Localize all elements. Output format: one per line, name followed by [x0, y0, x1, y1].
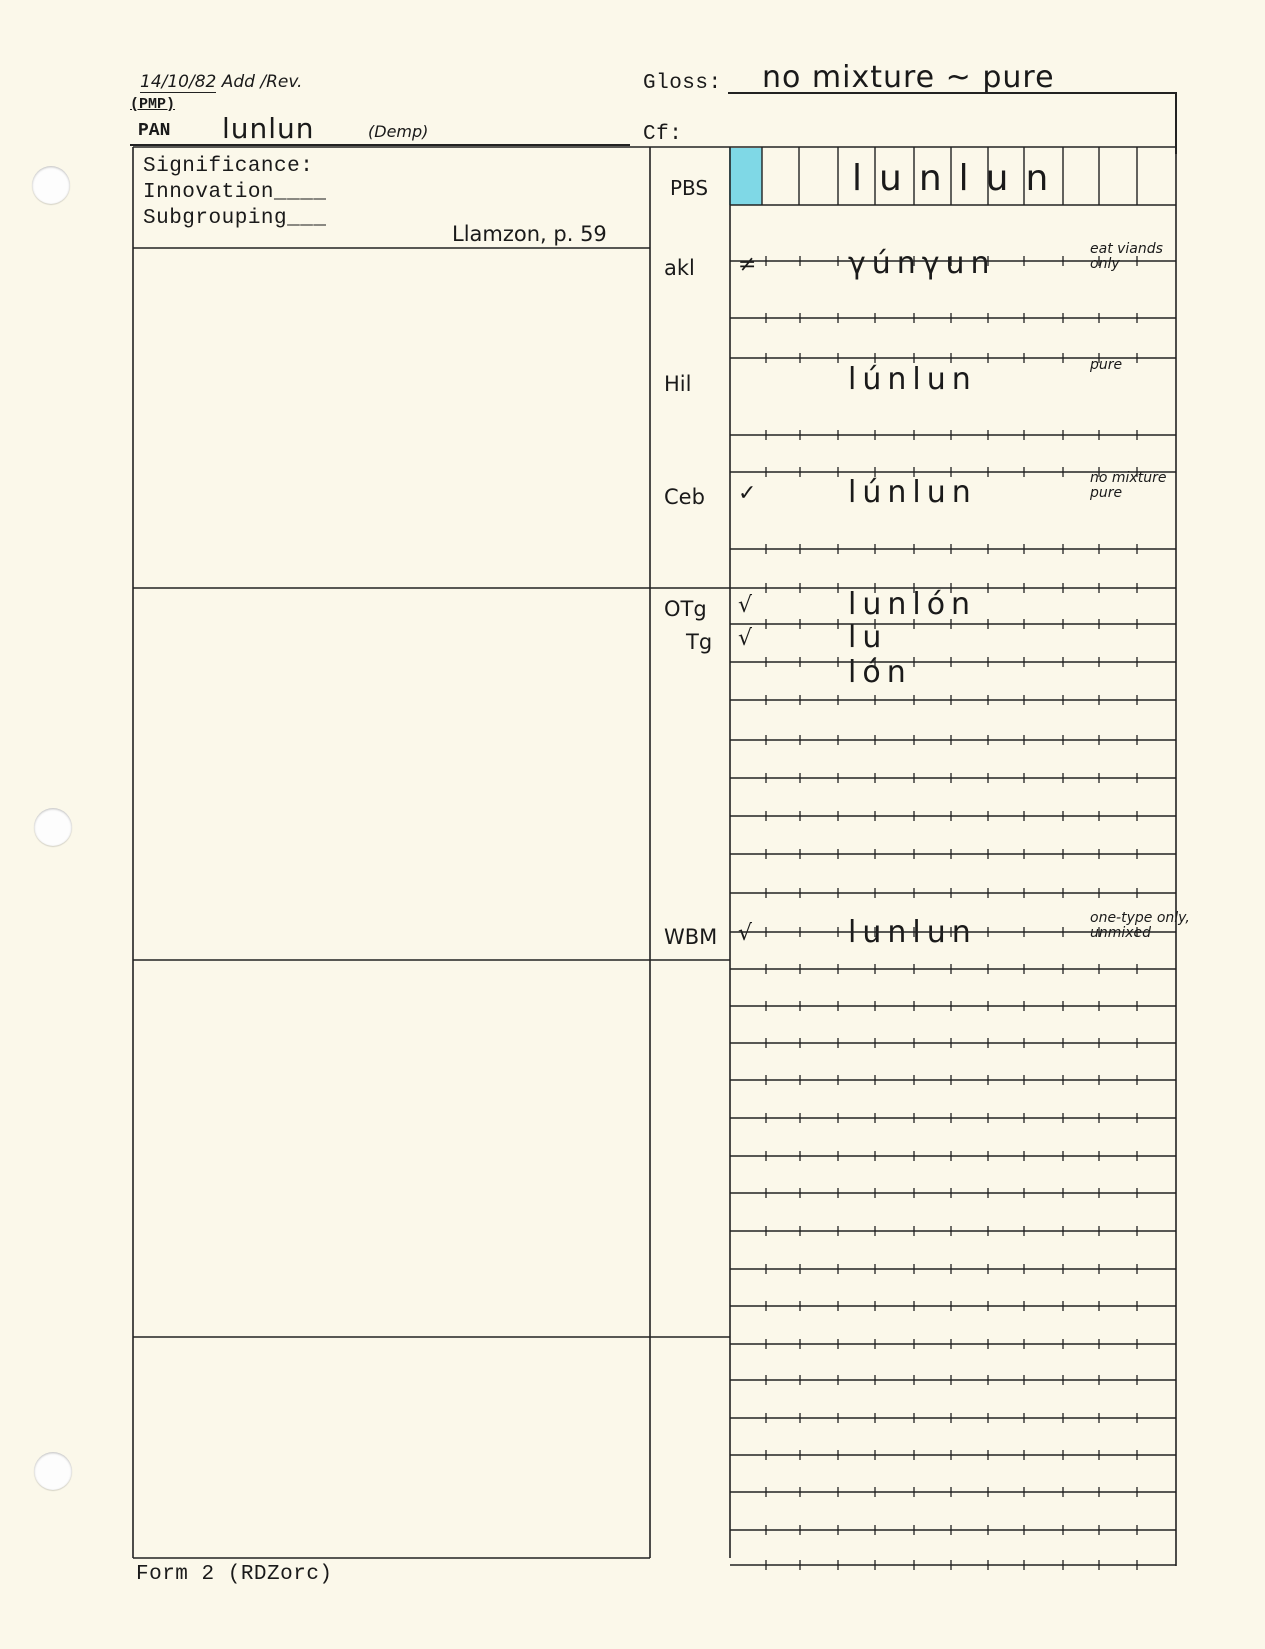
- punch-hole-bottom: [34, 1452, 72, 1490]
- form-id: Form 2 (RDZorc): [136, 1563, 333, 1586]
- language-label: Tg: [686, 630, 712, 654]
- level-note: (PMP): [130, 96, 175, 113]
- check-mark: ✓: [738, 481, 756, 506]
- language-label: Hil: [664, 372, 691, 396]
- punch-hole-top: [32, 166, 70, 204]
- reflex-gloss: no mixture pure: [1090, 471, 1190, 501]
- date-note: 14/10/82 Add /Rev.: [140, 72, 302, 92]
- gloss-label: Gloss:: [643, 72, 722, 95]
- gloss-value: no mixture ~ pure: [762, 60, 1055, 95]
- check-mark: √: [738, 593, 752, 618]
- pbs-label: PBS: [670, 176, 708, 200]
- reflex-gloss: eat viands only: [1090, 242, 1190, 272]
- cf-label: Cf:: [643, 123, 682, 146]
- reflex-form: γúnγun: [848, 246, 996, 281]
- check-mark: ≠: [738, 252, 756, 277]
- language-label: Ceb: [664, 485, 705, 509]
- reflex-gloss: pure: [1090, 358, 1190, 373]
- proto-form: lunlun: [222, 112, 315, 145]
- reflex-form: lúnlun: [848, 475, 977, 510]
- reflex-form: lu lón: [848, 620, 912, 690]
- pbs-highlight-cell: [729, 148, 762, 205]
- language-label: WBM: [664, 925, 717, 949]
- revision-note: Add /Rev.: [222, 72, 303, 92]
- language-label: OTg: [664, 597, 707, 621]
- reflex-form: lunlón: [848, 587, 976, 622]
- punch-hole-middle: [34, 808, 72, 846]
- check-mark: √: [738, 921, 752, 946]
- significance-title: Significance:: [143, 155, 313, 178]
- subgrouping-field: Subgrouping___: [143, 207, 326, 230]
- form-grid: [0, 0, 1265, 1649]
- date: 14/10/82: [140, 72, 216, 93]
- check-mark: √: [738, 626, 752, 651]
- reference-note: Llamzon, p. 59: [452, 222, 607, 246]
- innovation-field: Innovation____: [143, 181, 326, 204]
- proto-underline: [130, 144, 630, 146]
- pbs-form: lunlun: [852, 158, 1065, 199]
- gloss-underline: [728, 92, 1175, 94]
- proto-source: (Demp): [368, 122, 428, 141]
- reflex-form: lúnlun: [848, 362, 977, 397]
- gloss-box-right: [1175, 92, 1177, 154]
- reflex-form: lunlun: [848, 915, 977, 950]
- language-label: akl: [664, 256, 695, 280]
- reflex-gloss: one-type only, unmixed: [1090, 911, 1190, 941]
- proto-label: PAN: [138, 121, 170, 141]
